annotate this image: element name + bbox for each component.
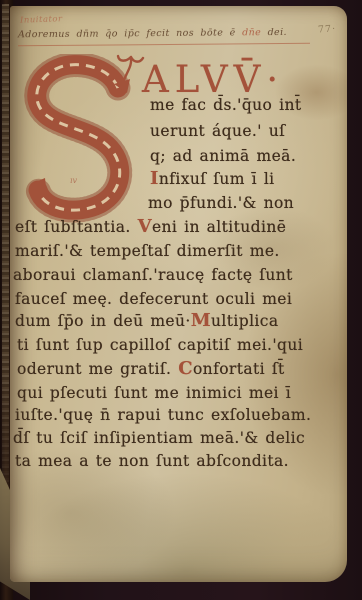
annotation-text: Adoremus dn̄m q̄o ip̄c fecit nos bōte e… <box>18 27 242 40</box>
text-line: fauceſ meę. defecerunt oculi mei <box>15 288 292 309</box>
line-text: ultiplica <box>211 312 279 330</box>
text-line: ta mea a te non ſunt abſcondita. <box>15 450 289 471</box>
drop-cap-s: ıv ıv <box>18 54 146 226</box>
annotation-end: dei. <box>261 27 287 38</box>
verse-initial: M <box>191 310 211 331</box>
line-text: me fac d̄s.'q̄uo int̄ <box>150 96 301 114</box>
header-rule <box>18 43 310 47</box>
line-text: iuſte.'quę n̄ rapui tunc exſoluebam. <box>15 406 311 424</box>
line-text: ta mea a te non ſunt abſcondita. <box>15 452 289 470</box>
line-text: eſt ſubſtantia. <box>15 218 138 236</box>
line-text: aboraui clamanſ.'raucę factę ſunt <box>13 266 293 284</box>
text-line: aboraui clamanſ.'raucę factę ſunt <box>13 264 293 285</box>
manuscript-photo: Inuitator Adoremus dn̄m q̄o ip̄c fecit n… <box>0 0 362 600</box>
verse-initial: V <box>138 216 152 237</box>
text-line: d̄ſ tu ſciſ inſipientiam meā.'& delic <box>13 427 305 448</box>
annotation-red-word: dn̄e <box>242 27 261 38</box>
line-text: dum ſp̄o in deū meū· <box>15 312 191 330</box>
text-line: ti ſunt ſup capilloſ capitiſ mei.'qui <box>17 334 303 355</box>
verse-initial: C <box>178 358 193 379</box>
line-text: d̄ſ tu ſciſ inſipientiam meā.'& delic <box>13 429 305 447</box>
line-text: qui pſecuti ſunt me inimici mei ī <box>17 384 291 402</box>
text-line: me fac d̄s.'q̄uo int̄ <box>150 94 301 115</box>
text-line: dum ſp̄o in deū meū·Multiplica <box>15 310 279 331</box>
text-line: oderunt me gratiſ. Confortati ſt̄ <box>17 358 285 379</box>
line-text: oderunt me gratiſ. <box>17 360 178 378</box>
header-annotation: Adoremus dn̄m q̄o ip̄c fecit nos bōte e… <box>18 27 318 41</box>
text-line: mariſ.'& tempeſtaſ dimerſit me. <box>15 240 280 261</box>
text-line: mo p̄fundi.'& non <box>148 192 294 213</box>
line-text: uerunt áque.' uſ <box>150 122 285 140</box>
line-text: nfixuſ ſum ī li <box>159 170 275 188</box>
folio-number: 77· <box>318 24 337 36</box>
line-text: q; ad animā meā. <box>150 147 296 165</box>
line-text: eni in altitudinē <box>152 218 286 236</box>
stacked-page-edges <box>2 4 9 524</box>
text-line: uerunt áque.' uſ <box>150 120 285 141</box>
line-text: mariſ.'& tempeſtaſ dimerſit me. <box>15 242 280 260</box>
text-line: eſt ſubſtantia. Veni in altitudinē <box>15 216 286 237</box>
line-text: ti ſunt ſup capilloſ capitiſ mei.'qui <box>17 336 303 354</box>
verse-initial: I <box>150 168 159 189</box>
line-text: onfortati ſt̄ <box>193 360 285 378</box>
text-line: q; ad animā meā. <box>150 145 296 166</box>
text-line: qui pſecuti ſunt me inimici mei ī <box>17 382 291 403</box>
line-text: mo p̄fundi.'& non <box>148 194 294 212</box>
guide-letter-top: ıv <box>34 78 41 87</box>
guide-letter-bottom: ıv <box>70 176 77 185</box>
marginal-rubric: Inuitator <box>20 14 63 25</box>
text-line: Infixuſ ſum ī li <box>150 168 275 189</box>
manuscript-page: Inuitator Adoremus dn̄m q̄o ip̄c fecit n… <box>10 6 347 582</box>
line-text: fauceſ meę. defecerunt oculi mei <box>15 290 292 308</box>
text-line: iuſte.'quę n̄ rapui tunc exſoluebam. <box>15 404 311 425</box>
